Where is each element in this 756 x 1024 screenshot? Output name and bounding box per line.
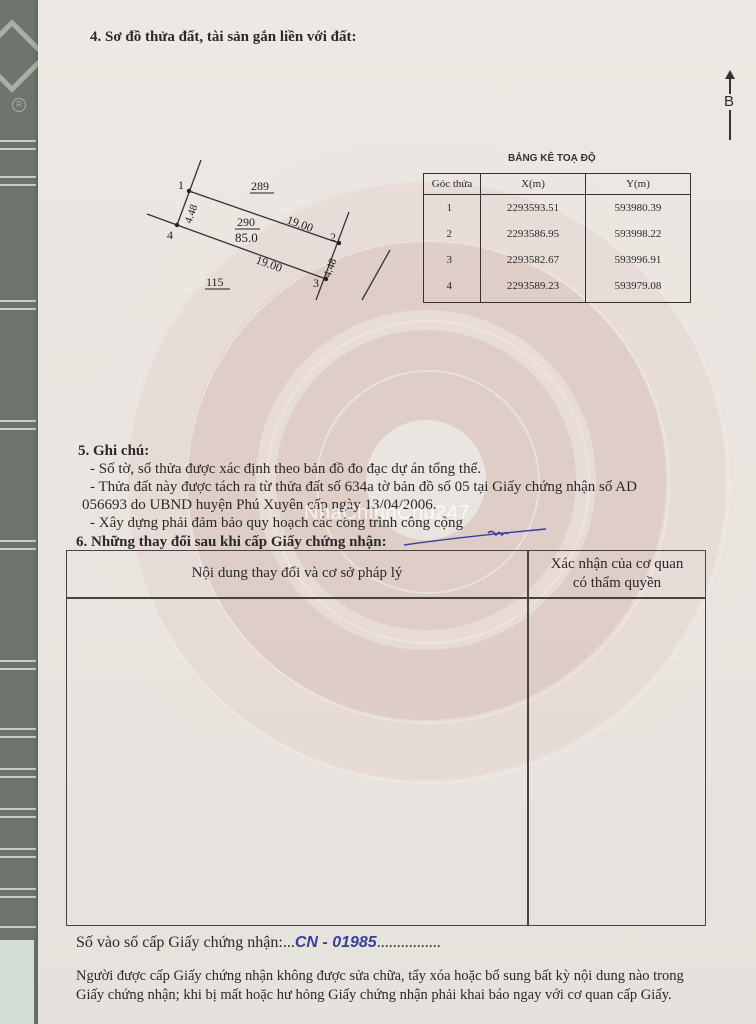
col-header-y: Y(m) <box>586 174 691 195</box>
section6-title: 6. Những thay đổi sau khi cấp Giấy chứng… <box>76 534 387 551</box>
col-header-authority: Xác nhận của cơ quan có thẩm quyền <box>529 555 705 593</box>
changes-table: Nội dung thay đổi và cơ sở pháp lý Xác n… <box>66 550 706 926</box>
corner-4: 4 <box>167 228 173 242</box>
table-row: 3 2293582.67 593996.91 <box>424 247 691 273</box>
table-row: 2 2293586.95 593998.22 <box>424 221 691 247</box>
corner-2: 2 <box>330 230 336 244</box>
registry-label: Số vào sổ cấp Giấy chứng nhận: <box>76 934 283 951</box>
corner-1: 1 <box>178 178 184 192</box>
notice-line-2: Giấy chứng nhận; khi bị mất hoặc hư hỏng… <box>76 987 672 1004</box>
watermark: NhaChinhChu247 <box>304 502 470 525</box>
table-row: 4 2293589.23 593979.08 <box>424 273 691 303</box>
registry-number: CN - 01985 <box>295 934 377 951</box>
coord-table-title: BẢNG KÊ TOẠ ĐỘ <box>508 153 596 164</box>
col-header-x: X(m) <box>481 174 586 195</box>
coordinate-table: Góc thửa X(m) Y(m) 1 2293593.51 593980.3… <box>423 173 691 303</box>
notice-line-1: Người được cấp Giấy chứng nhận không đượ… <box>76 968 684 985</box>
edge-bottom-length: 19.00 <box>254 253 284 275</box>
table-row: 1 2293593.51 593980.39 <box>424 195 691 222</box>
section4-title: 4. Sơ đồ thửa đất, tài sản gắn liền với … <box>90 29 357 46</box>
registry-line: Số vào sổ cấp Giấy chứng nhận:...CN - 01… <box>76 934 441 952</box>
edge-left-length: 4.48 <box>183 202 201 225</box>
registered-mark-icon: R <box>12 98 26 112</box>
note-1: - Số tờ, số thửa được xác định theo bản … <box>90 461 481 478</box>
north-label: B <box>724 94 734 110</box>
section5-title: 5. Ghi chú: <box>78 443 149 460</box>
adjacent-document-edge: R <box>0 0 40 1024</box>
neighbor-parcel-289: 289 <box>251 179 269 193</box>
corner-3: 3 <box>313 276 319 290</box>
edge-right-length: 4.48 <box>322 256 340 279</box>
edge-top-length: 19.00 <box>285 213 315 235</box>
note-2: - Thửa đất này được tách ra từ thửa đất … <box>90 479 637 496</box>
north-arrow-icon: B <box>724 70 736 140</box>
signature-mark <box>400 527 550 549</box>
parcel-number: 290 <box>237 215 255 229</box>
neighbor-parcel-115: 115 <box>206 275 224 289</box>
parcel-diagram: 1 2 3 4 289 115 290 85.0 19.00 19.00 4.4… <box>140 150 390 300</box>
col-header-corner: Góc thửa <box>424 174 481 195</box>
col-header-changes: Nội dung thay đổi và cơ sở pháp lý <box>67 565 527 582</box>
parcel-area: 85.0 <box>235 230 258 245</box>
